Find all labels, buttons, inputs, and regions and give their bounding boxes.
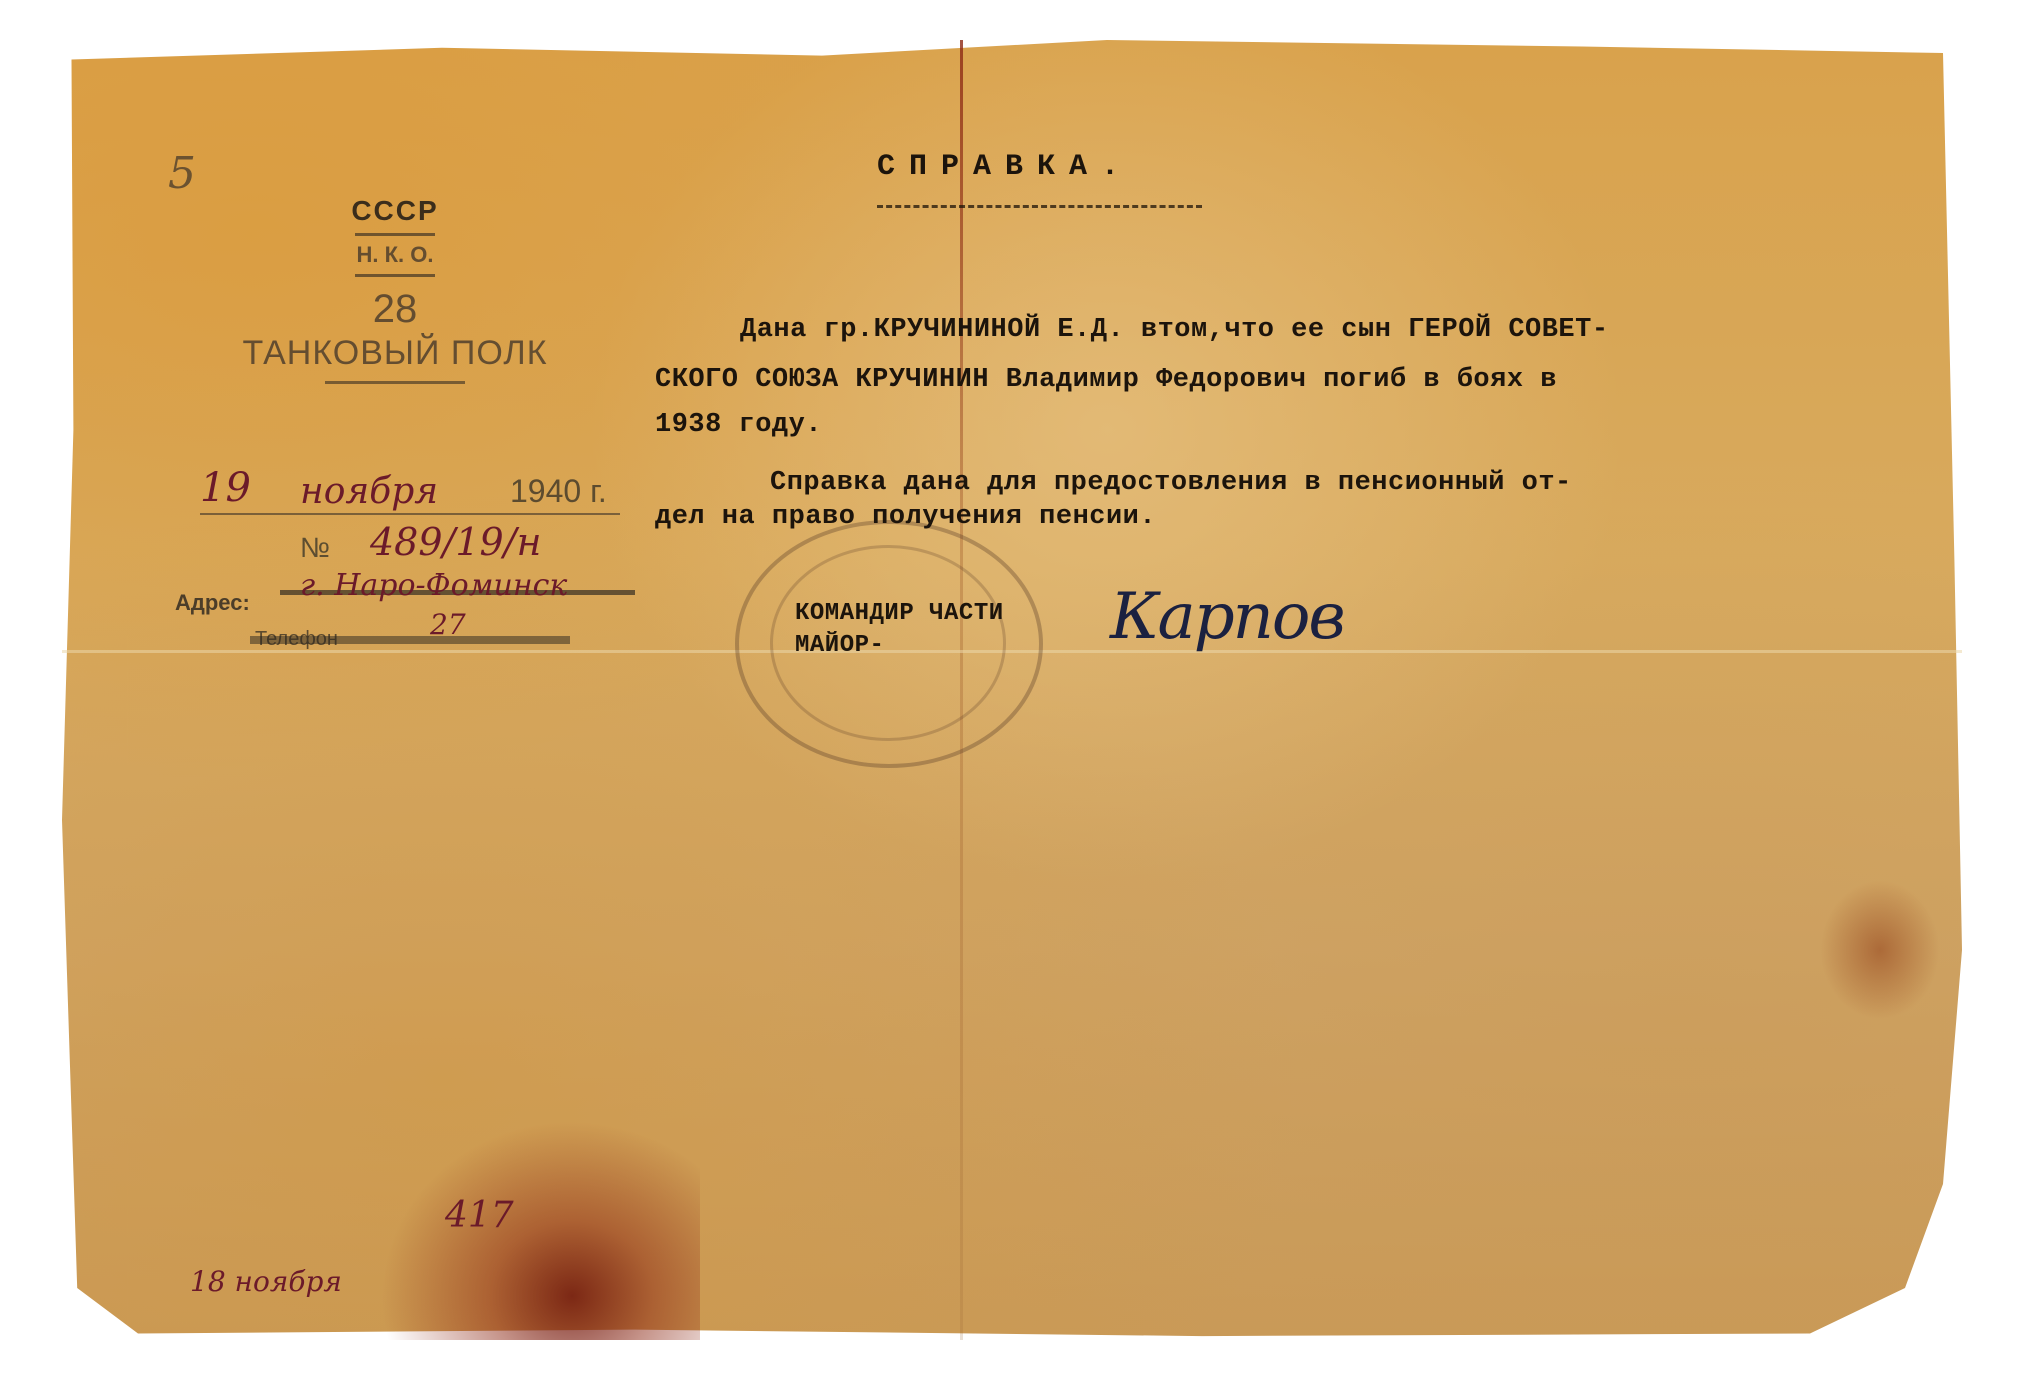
reference-number: № 489/19/н bbox=[290, 520, 610, 570]
body-line-4: Справка дана для предостовления в пенсио… bbox=[770, 468, 1572, 498]
date-day: 19 bbox=[200, 465, 251, 511]
handwritten-page-number: 5 bbox=[168, 148, 196, 199]
body-line-5: дел на право получения пенсии. bbox=[655, 502, 1156, 532]
date-year: 1940 г. bbox=[510, 473, 607, 510]
signatory-title: КОМАНДИР ЧАСТИ bbox=[795, 600, 1004, 627]
stamp-unit-name: ТАНКОВЫЙ ПОЛК bbox=[180, 334, 610, 373]
stamp-rule bbox=[325, 381, 465, 384]
phone-label: Телефон bbox=[255, 628, 338, 651]
body-line-1: Дана гр.КРУЧИНИНОЙ Е.Д. втом,что ее сын … bbox=[740, 315, 1609, 345]
date-month: ноября bbox=[300, 471, 438, 512]
stamp-ministry: Н. К. О. bbox=[180, 242, 610, 268]
ref-label: № bbox=[300, 532, 330, 564]
handwritten-signature: Карпов bbox=[1110, 580, 1344, 654]
bottom-note-date: 18 ноября bbox=[190, 1265, 342, 1298]
corner-stamp: СССР Н. К. О. 28 ТАНКОВЫЙ ПОЛК bbox=[180, 195, 610, 392]
stamp-country: СССР bbox=[180, 195, 610, 227]
stamp-unit-number: 28 bbox=[180, 287, 610, 332]
document-title: СПРАВКА. bbox=[877, 150, 1133, 184]
address-label: Адрес: bbox=[175, 590, 250, 616]
stain-bottom bbox=[380, 1120, 700, 1340]
body-line-3: 1938 году. bbox=[655, 410, 822, 440]
stamp-divider bbox=[355, 274, 435, 277]
issue-date: 19 ноября 1940 г. bbox=[180, 465, 620, 513]
stamp-divider bbox=[355, 233, 435, 236]
body-line-2: СКОГО СОЮЗА КРУЧИНИН Владимир Федорович … bbox=[655, 365, 1557, 395]
bottom-note-number: 417 bbox=[445, 1195, 514, 1236]
date-underline bbox=[200, 513, 620, 515]
signatory-rank: МАЙОР- bbox=[795, 632, 884, 659]
address-value: г. Наро-Фоминск bbox=[300, 568, 567, 603]
ref-value: 489/19/н bbox=[370, 520, 542, 564]
stain-right bbox=[1820, 880, 1940, 1020]
title-underline bbox=[877, 205, 1202, 208]
